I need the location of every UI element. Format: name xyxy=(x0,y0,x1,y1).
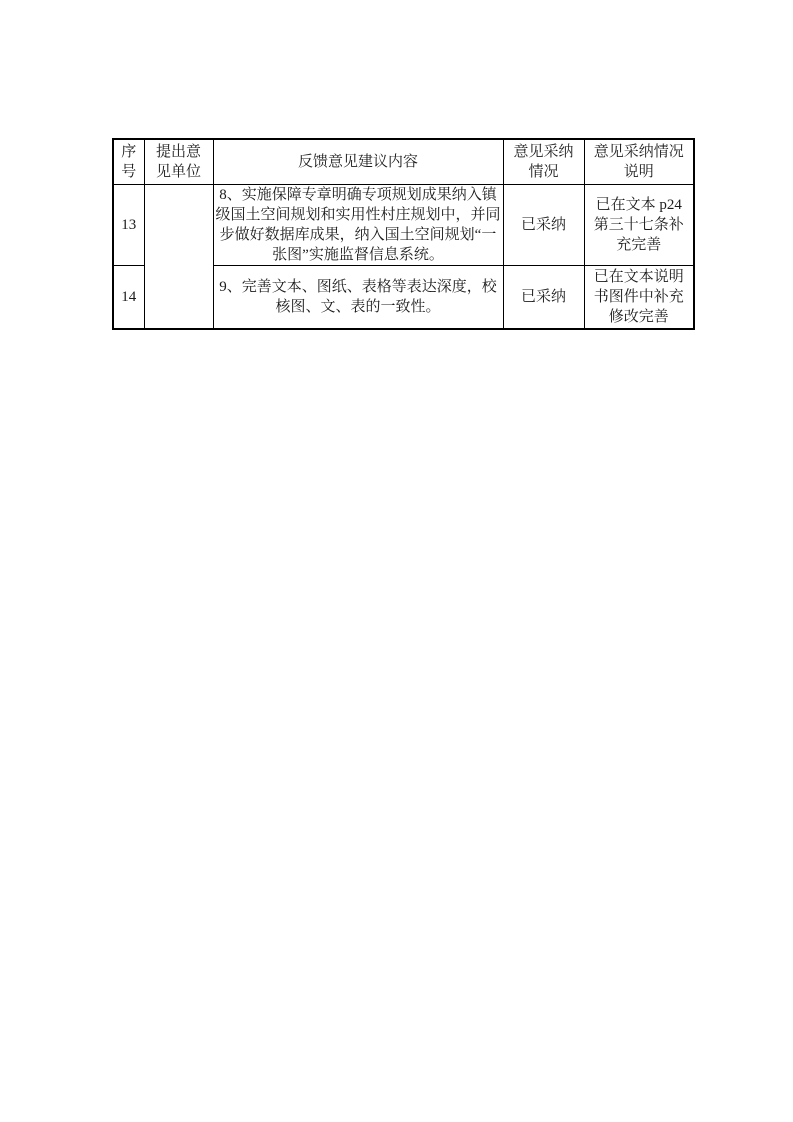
content-14-line2: 核图、文、表的一致性。 xyxy=(216,297,501,317)
table-header-row: 序 号 提出意 见单位 反馈意见建议内容 意见采纳 情况 意见采纳情况 说明 xyxy=(113,139,694,184)
content-13-line4: 张图”实施监督信息系统。 xyxy=(216,245,501,265)
feedback-opinion-table: 序 号 提出意 见单位 反馈意见建议内容 意见采纳 情况 意见采纳情况 说明 xyxy=(112,138,695,330)
table-row-13: 13 8、实施保障专章明确专项规划成果纳入镇 级国土空间规划和实用性村庄规划中，… xyxy=(113,184,694,265)
header-adoption-line1: 意见采纳 xyxy=(506,142,582,162)
content-cell-13: 8、实施保障专章明确专项规划成果纳入镇 级国土空间规划和实用性村庄规划中，并同 … xyxy=(213,184,503,265)
header-seq-line1: 序 xyxy=(116,142,142,162)
content-cell-14: 9、完善文本、图纸、表格等表达深度，校 核图、文、表的一致性。 xyxy=(213,265,503,329)
header-explanation-line1: 意见采纳情况 xyxy=(587,142,692,162)
explanation-cell-14: 已在文本说明 书图件中补充 修改完善 xyxy=(584,265,694,329)
content-14-line1: 9、完善文本、图纸、表格等表达深度，校 xyxy=(216,277,501,297)
unit-cell-merged xyxy=(144,184,213,329)
header-content: 反馈意见建议内容 xyxy=(213,139,503,184)
adoption-cell-14: 已采纳 xyxy=(503,265,584,329)
explanation-14-line1: 已在文本说明 xyxy=(587,267,692,287)
adoption-cell-13: 已采纳 xyxy=(503,184,584,265)
header-unit-line1: 提出意 xyxy=(147,142,211,162)
explanation-14-line2: 书图件中补充 xyxy=(587,287,692,307)
header-content-line1: 反馈意见建议内容 xyxy=(216,152,501,172)
content-13-line3: 步做好数据库成果，纳入国土空间规划“一 xyxy=(216,225,501,245)
explanation-14-line3: 修改完善 xyxy=(587,307,692,327)
header-seq: 序 号 xyxy=(113,139,144,184)
header-adoption-line2: 情况 xyxy=(506,162,582,182)
header-explanation: 意见采纳情况 说明 xyxy=(584,139,694,184)
explanation-13-line3: 充完善 xyxy=(587,235,692,255)
header-seq-line2: 号 xyxy=(116,162,142,182)
header-adoption: 意见采纳 情况 xyxy=(503,139,584,184)
explanation-cell-13: 已在文本 p24 第三十七条补 充完善 xyxy=(584,184,694,265)
header-explanation-line2: 说明 xyxy=(587,162,692,182)
header-unit-line2: 见单位 xyxy=(147,162,211,182)
explanation-13-line1: 已在文本 p24 xyxy=(587,195,692,215)
seq-cell-13: 13 xyxy=(113,184,144,265)
seq-cell-14: 14 xyxy=(113,265,144,329)
explanation-13-line2: 第三十七条补 xyxy=(587,215,692,235)
content-13-line1: 8、实施保障专章明确专项规划成果纳入镇 xyxy=(216,185,501,205)
content-13-line2: 级国土空间规划和实用性村庄规划中，并同 xyxy=(216,205,501,225)
header-unit: 提出意 见单位 xyxy=(144,139,213,184)
